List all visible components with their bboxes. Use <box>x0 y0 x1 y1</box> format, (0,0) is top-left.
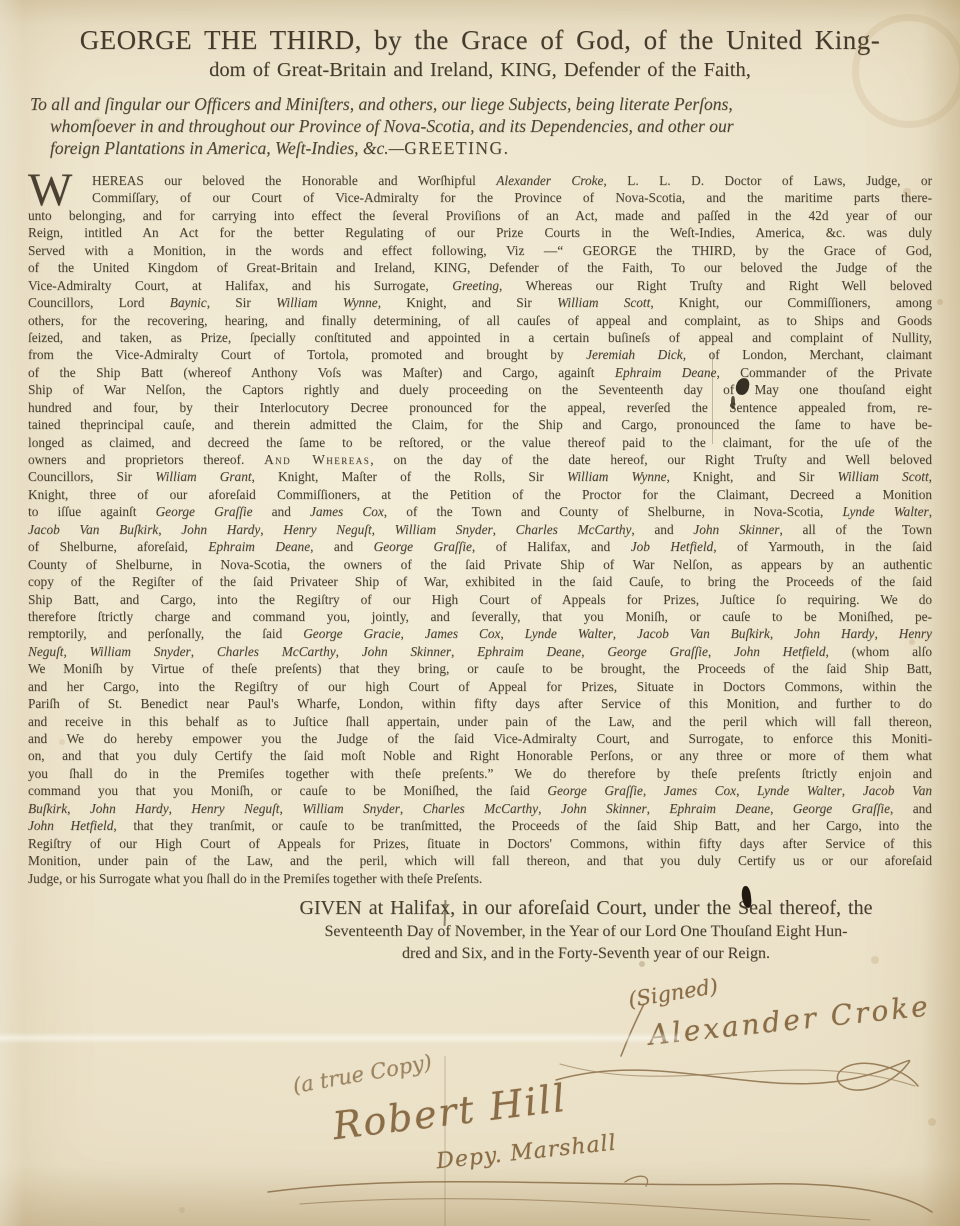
body-line: of the Ship Batt (whereof Anthony Voſs w… <box>28 364 932 381</box>
body-line: others, for the recovering, hearing, and… <box>28 312 932 329</box>
body-line: and her Cargo, into the Regiſtry of our … <box>28 678 932 695</box>
fold-crease-vertical <box>712 352 713 444</box>
royal-title: GEORGE THE THIRD, by the Grace of God, o… <box>0 25 960 82</box>
body-line: Ship Batt, and Cargo, into the Regiſtry … <box>28 591 932 608</box>
fold-crease-vertical <box>444 1056 446 1226</box>
body-line: unto belonging, and for carrying into ef… <box>28 207 932 224</box>
fold-crease-horizontal <box>0 1032 680 1044</box>
body-line: John Hetfield, that they tranſmit, or ca… <box>28 817 932 834</box>
body-line: therefore ſtrictly charge and command yo… <box>28 608 932 625</box>
embossed-stamp-ring <box>852 14 960 128</box>
body-line: and We do hereby empower you the Judge o… <box>28 730 932 747</box>
ink-blot-drip <box>731 396 735 409</box>
body-line: on, and that you duly Certify the ſaid m… <box>28 747 932 764</box>
body-line: and receive in this behalf as to Juſtice… <box>28 713 932 730</box>
body-line: from the Vice-Admiralty Court of Tortola… <box>28 346 932 363</box>
body-line: Reign, intitled An Act for the better Re… <box>28 224 932 241</box>
royal-title-line2: dom of Great-Britain and Ireland, KING, … <box>0 59 960 82</box>
body-line: We Moniſh by Virtue of theſe preſents) t… <box>28 660 932 677</box>
body-line: HEREAS our beloved the Honorable and Wor… <box>28 172 932 189</box>
salutation-line: foreign Plantations in America, Weſt-Ind… <box>30 137 935 159</box>
true-copy-label: (a true Copy) <box>291 1050 434 1098</box>
salutation-line: whomſoever in and throughout our Provinc… <box>30 115 935 137</box>
attestation-line: Seventeenth Day of November, in the Year… <box>280 921 892 943</box>
body-line: Buſkirk, John Hardy, Henry Neguſt, Willi… <box>28 800 932 817</box>
clerk-title: Depy. Marshall <box>435 1131 618 1175</box>
salutation-line: To all and ſingular our Officers and Min… <box>30 93 935 115</box>
body-line: Monition, under pain of the Law, and the… <box>28 852 932 869</box>
signed-label: (Signed) <box>627 974 720 1012</box>
body-line: copy of the Regiſter of the ſaid Private… <box>28 573 932 590</box>
body-line: hundred and four, by their Interlocutory… <box>28 399 932 416</box>
body-line: Served with a Monition, in the words and… <box>28 242 932 259</box>
body-line: of the United Kingdom of Great-Britain a… <box>28 259 932 276</box>
body-line: Neguſt, William Snyder, Charles McCarthy… <box>28 643 932 660</box>
royal-title-line1: GEORGE THE THIRD, by the Grace of God, o… <box>0 25 960 56</box>
body-line: County of Shelburne, in Nova-Scotia, the… <box>28 556 932 573</box>
body-line: Regiſtry of our High Court of Appeals fo… <box>28 835 932 852</box>
salutation: To all and ſingular our Officers and Min… <box>30 93 935 159</box>
body-line: Judge, or his Surrogate what you ſhall d… <box>28 870 932 887</box>
attestation: GIVEN at Halifax, in our aforeſaid Court… <box>280 896 892 964</box>
body-line: longed as claimed, and decreed the ſame … <box>28 434 932 451</box>
body-line: Jacob Van Buſkirk, John Hardy, Henry Neg… <box>28 521 932 538</box>
body-line: Councillors, Sir William Grant, Knight, … <box>28 468 932 485</box>
body-line: Knight, three of our aforeſaid Commiſſio… <box>28 486 932 503</box>
body-line: Vice-Admiralty Court, at Halifax, and hi… <box>28 277 932 294</box>
body-line: ſeized, and taken, as Prize, ſpecially c… <box>28 329 932 346</box>
attestation-line: dred and Six, and in the Forty-Seventh y… <box>280 943 892 965</box>
drop-cap: W <box>28 172 92 206</box>
body-line: Commiſſary, of our Court of Vice-Admiral… <box>28 189 932 206</box>
body-line: to iſſue againſt George Graſſie and Jame… <box>28 503 932 520</box>
foxing-spots <box>0 0 4 4</box>
clerk-signature: Robert Hill <box>330 1076 569 1148</box>
body-line: of Shelburne, aforeſaid, Ephraim Deane, … <box>28 538 932 555</box>
body-line: Ship of War Nelſon, the Captors rightly … <box>28 381 932 398</box>
body-line: Councillors, Lord Baynic, Sir William Wy… <box>28 294 932 311</box>
body-line: you ſhall do in the Premiſes together wi… <box>28 765 932 782</box>
document-page: GEORGE THE THIRD, by the Grace of God, o… <box>0 0 960 1226</box>
body-line: Pariſh of St. Benedict near Paul's Wharf… <box>28 695 932 712</box>
body-line: owners and proprietors thereof. And Wher… <box>28 451 932 468</box>
body-line: tained theprincipal cauſe, and therein a… <box>28 416 932 433</box>
attestation-line: GIVEN at Halifax, in our aforeſaid Court… <box>280 896 892 921</box>
body-line: remptorily, and perſonally, the ſaid Geo… <box>28 625 932 642</box>
body-text: W HEREAS our beloved the Honorable and W… <box>28 172 932 887</box>
body-line: command you that you Moniſh, or cauſe to… <box>28 782 932 799</box>
